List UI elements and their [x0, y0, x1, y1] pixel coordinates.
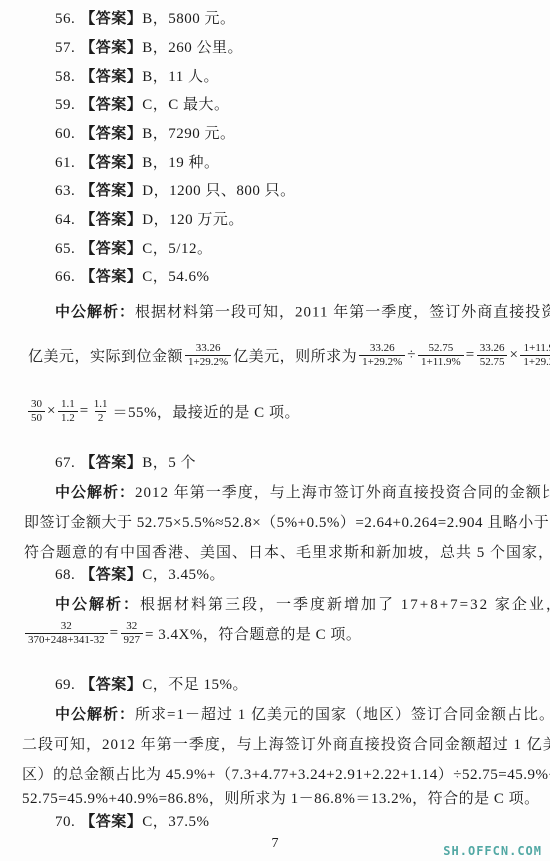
fraction-denominator: 370+248+341-32: [25, 633, 108, 647]
q69-solution-line3: 区）的总金额占比为 45.9%+（7.3+4.77+3.24+2.91+2.22…: [22, 766, 550, 785]
answer-line-60: 60.【答案】B，7290 元。: [55, 125, 236, 144]
formula-text: 亿美元，实际到位金额: [28, 345, 183, 366]
fraction: 33.261+29.2%: [185, 342, 231, 368]
q66-solution-line1: 中公解析：根据材料第一段可知，2011 年第一季度，签订外商直接投资合同金额52…: [55, 300, 550, 326]
solution-text: 所求=1－超过 1 亿美元的国家（地区）签订合同金额占比。根据材料第一、: [135, 707, 550, 723]
solution-label: 中公解析：: [55, 597, 140, 613]
fraction-denominator: 1+29.2%: [520, 355, 550, 369]
q66-formula-line2: 亿美元，实际到位金额33.261+29.2%亿美元，则所求为33.261+29.…: [27, 342, 550, 368]
fraction: 1+11.9%1+29.2%: [520, 342, 550, 368]
answer-line-58: 58.【答案】B，11 人。: [55, 68, 219, 87]
fraction-numerator: 1+11.9%: [521, 342, 550, 355]
solution-label: 中公解析：: [55, 305, 135, 321]
question-number: 61.: [55, 155, 75, 171]
solution-label: 中公解析：: [55, 707, 135, 723]
answer-line-66: 66.【答案】C，54.6%: [55, 268, 210, 287]
q69-solution-line1: 中公解析：所求=1－超过 1 亿美元的国家（地区）签订合同金额占比。根据材料第一…: [55, 706, 550, 725]
formula-text: = 3.4X%，符合题意的是 C 项。: [145, 623, 361, 644]
answer-text: B，5800 元。: [142, 11, 235, 27]
answer-line-70: 70.【答案】C，37.5%: [55, 813, 210, 832]
answer-label: 【答案】: [80, 97, 142, 113]
answer-label: 【答案】: [80, 269, 142, 285]
answer-label: 【答案】: [80, 212, 142, 228]
fraction-numerator: 32: [58, 620, 75, 633]
question-number: 69.: [55, 677, 75, 693]
fraction-denominator: 50: [28, 411, 45, 425]
fraction-denominator: 1+11.9%: [418, 355, 464, 369]
answer-label: 【答案】: [80, 241, 142, 257]
fraction-numerator: 33.26: [193, 342, 224, 355]
fraction: 33.261+29.2%: [359, 342, 405, 368]
q68-solution-line1: 中公解析：根据材料第三段，一季度新增加了 17+8+7=32 家企业，所求为: [55, 596, 550, 615]
formula-text: ＝55%，最接近的是 C 项。: [112, 401, 300, 422]
answer-line-59: 59.【答案】C，C 最大。: [55, 96, 230, 115]
answer-label: 【答案】: [80, 126, 142, 142]
fraction: 33.2652.75: [477, 342, 508, 368]
answer-line-64: 64.【答案】D，120 万元。: [55, 211, 244, 230]
question-number: 58.: [55, 69, 75, 85]
answer-line-61: 61.【答案】B，19 种。: [55, 154, 220, 173]
fraction-denominator: 1.2: [58, 411, 78, 425]
fraction: 1.11.2: [58, 398, 78, 424]
watermark-text: SH.OFFCN.COM: [443, 844, 542, 858]
fraction-denominator: 927: [121, 633, 144, 647]
answer-label: 【答案】: [80, 814, 142, 830]
question-number: 63.: [55, 183, 75, 199]
answer-line-67: 67.【答案】B，5 个: [55, 454, 196, 473]
formula-text: =: [80, 403, 89, 420]
formula-text: =: [110, 625, 119, 642]
answer-text: B，260 公里。: [142, 40, 243, 56]
answer-text: D，120 万元。: [142, 212, 244, 228]
answer-text: B，19 种。: [142, 155, 219, 171]
answer-label: 【答案】: [80, 69, 142, 85]
fraction-numerator: 52.75: [426, 342, 457, 355]
fraction-numerator: 33.26: [367, 342, 398, 355]
question-number: 67.: [55, 455, 75, 471]
q67-solution-line2: 即签订金额大于 52.75×5.5%≈52.8×（5%+0.5%）=2.64+0…: [24, 514, 550, 533]
formula-text: =: [466, 347, 475, 364]
answer-line-56: 56.【答案】B，5800 元。: [55, 10, 236, 29]
formula-text: 亿美元，则所求为: [233, 345, 357, 366]
q66-formula-line3: 3050×1.11.2=1.12＝55%，最接近的是 C 项。: [27, 398, 301, 424]
answer-label: 【答案】: [80, 183, 142, 199]
answer-text: C，54.6%: [142, 269, 209, 285]
q69-solution-line4: 52.75=45.9%+40.9%=86.8%，则所求为 1－86.8%＝13.…: [22, 790, 540, 809]
answer-label: 【答案】: [80, 40, 142, 56]
answer-text: C，37.5%: [142, 814, 209, 830]
solution-text: 根据材料第三段，一季度新增加了 17+8+7=32 家企业，所求为: [140, 597, 550, 613]
answer-text: C，C 最大。: [142, 97, 229, 113]
answer-line-57: 57.【答案】B，260 公里。: [55, 39, 243, 58]
question-number: 57.: [55, 40, 75, 56]
answer-line-63: 63.【答案】D，1200 只、800 只。: [55, 182, 296, 201]
answer-text: D，1200 只、800 只。: [142, 183, 295, 199]
formula-text: ÷: [407, 347, 416, 364]
answer-label: 【答案】: [80, 455, 142, 471]
answer-line-69: 69.【答案】C，不足 15%。: [55, 676, 248, 695]
q69-solution-line2: 二段可知，2012 年第一季度，与上海签订外商直接投资合同金额超过 1 亿美元的…: [22, 736, 550, 755]
fraction-denominator: 1+29.2%: [185, 355, 231, 369]
answer-line-68: 68.【答案】C，3.45%。: [55, 566, 225, 585]
fraction: 3050: [28, 398, 45, 424]
question-number: 68.: [55, 567, 75, 583]
solution-text: 根据材料第一段可知，2011 年第一季度，签订外商直接投资合同金额: [135, 305, 550, 321]
fraction-numerator: 32: [123, 620, 140, 633]
answer-text: C，不足 15%。: [142, 677, 248, 693]
question-number: 70.: [55, 814, 75, 830]
answer-label: 【答案】: [80, 11, 142, 27]
q67-solution-line1: 中公解析：2012 年第一季度，与上海市签订外商直接投资合同的金额比重达 5.5…: [55, 484, 550, 503]
question-number: 66.: [55, 269, 75, 285]
answer-label: 【答案】: [80, 567, 142, 583]
answer-text: B，11 人。: [142, 69, 219, 85]
fraction-numerator: 1.1: [91, 398, 111, 411]
answer-text: C，3.45%。: [142, 567, 225, 583]
solution-text: 2012 年第一季度，与上海市签订外商直接投资合同的金额比重达 5.5%以上，: [135, 485, 550, 501]
fraction-denominator: 2: [95, 411, 107, 425]
fraction-numerator: 33.26: [477, 342, 508, 355]
answer-text: B，5 个: [142, 455, 196, 471]
answer-text: C，5/12。: [142, 241, 212, 257]
q67-solution-line3: 符合题意的有中国香港、美国、日本、毛里求斯和新加坡，总共 5 个国家，选 B。: [24, 544, 550, 563]
answer-label: 【答案】: [80, 677, 142, 693]
question-number: 56.: [55, 11, 75, 27]
solution-label: 中公解析：: [55, 485, 135, 501]
answer-line-65: 65.【答案】C，5/12。: [55, 240, 212, 259]
answer-text: B，7290 元。: [142, 126, 235, 142]
fraction: 32927: [121, 620, 144, 646]
fraction-numerator: 1.1: [58, 398, 78, 411]
fraction: 52.751+11.9%: [418, 342, 464, 368]
formula-text: ×: [47, 403, 56, 420]
document-page: 56.【答案】B，5800 元。 57.【答案】B，260 公里。 58.【答案…: [0, 0, 550, 861]
question-number: 65.: [55, 241, 75, 257]
fraction-denominator: 52.75: [477, 355, 508, 369]
fraction: 32370+248+341-32: [25, 620, 108, 646]
q68-formula-line: 32370+248+341-32=32927= 3.4X%，符合题意的是 C 项…: [24, 620, 362, 646]
question-number: 64.: [55, 212, 75, 228]
fraction-denominator: 1+29.2%: [359, 355, 405, 369]
answer-label: 【答案】: [80, 155, 142, 171]
fraction-numerator: 30: [28, 398, 45, 411]
question-number: 59.: [55, 97, 75, 113]
formula-text: ×: [509, 347, 518, 364]
fraction: 1.12: [91, 398, 111, 424]
question-number: 60.: [55, 126, 75, 142]
